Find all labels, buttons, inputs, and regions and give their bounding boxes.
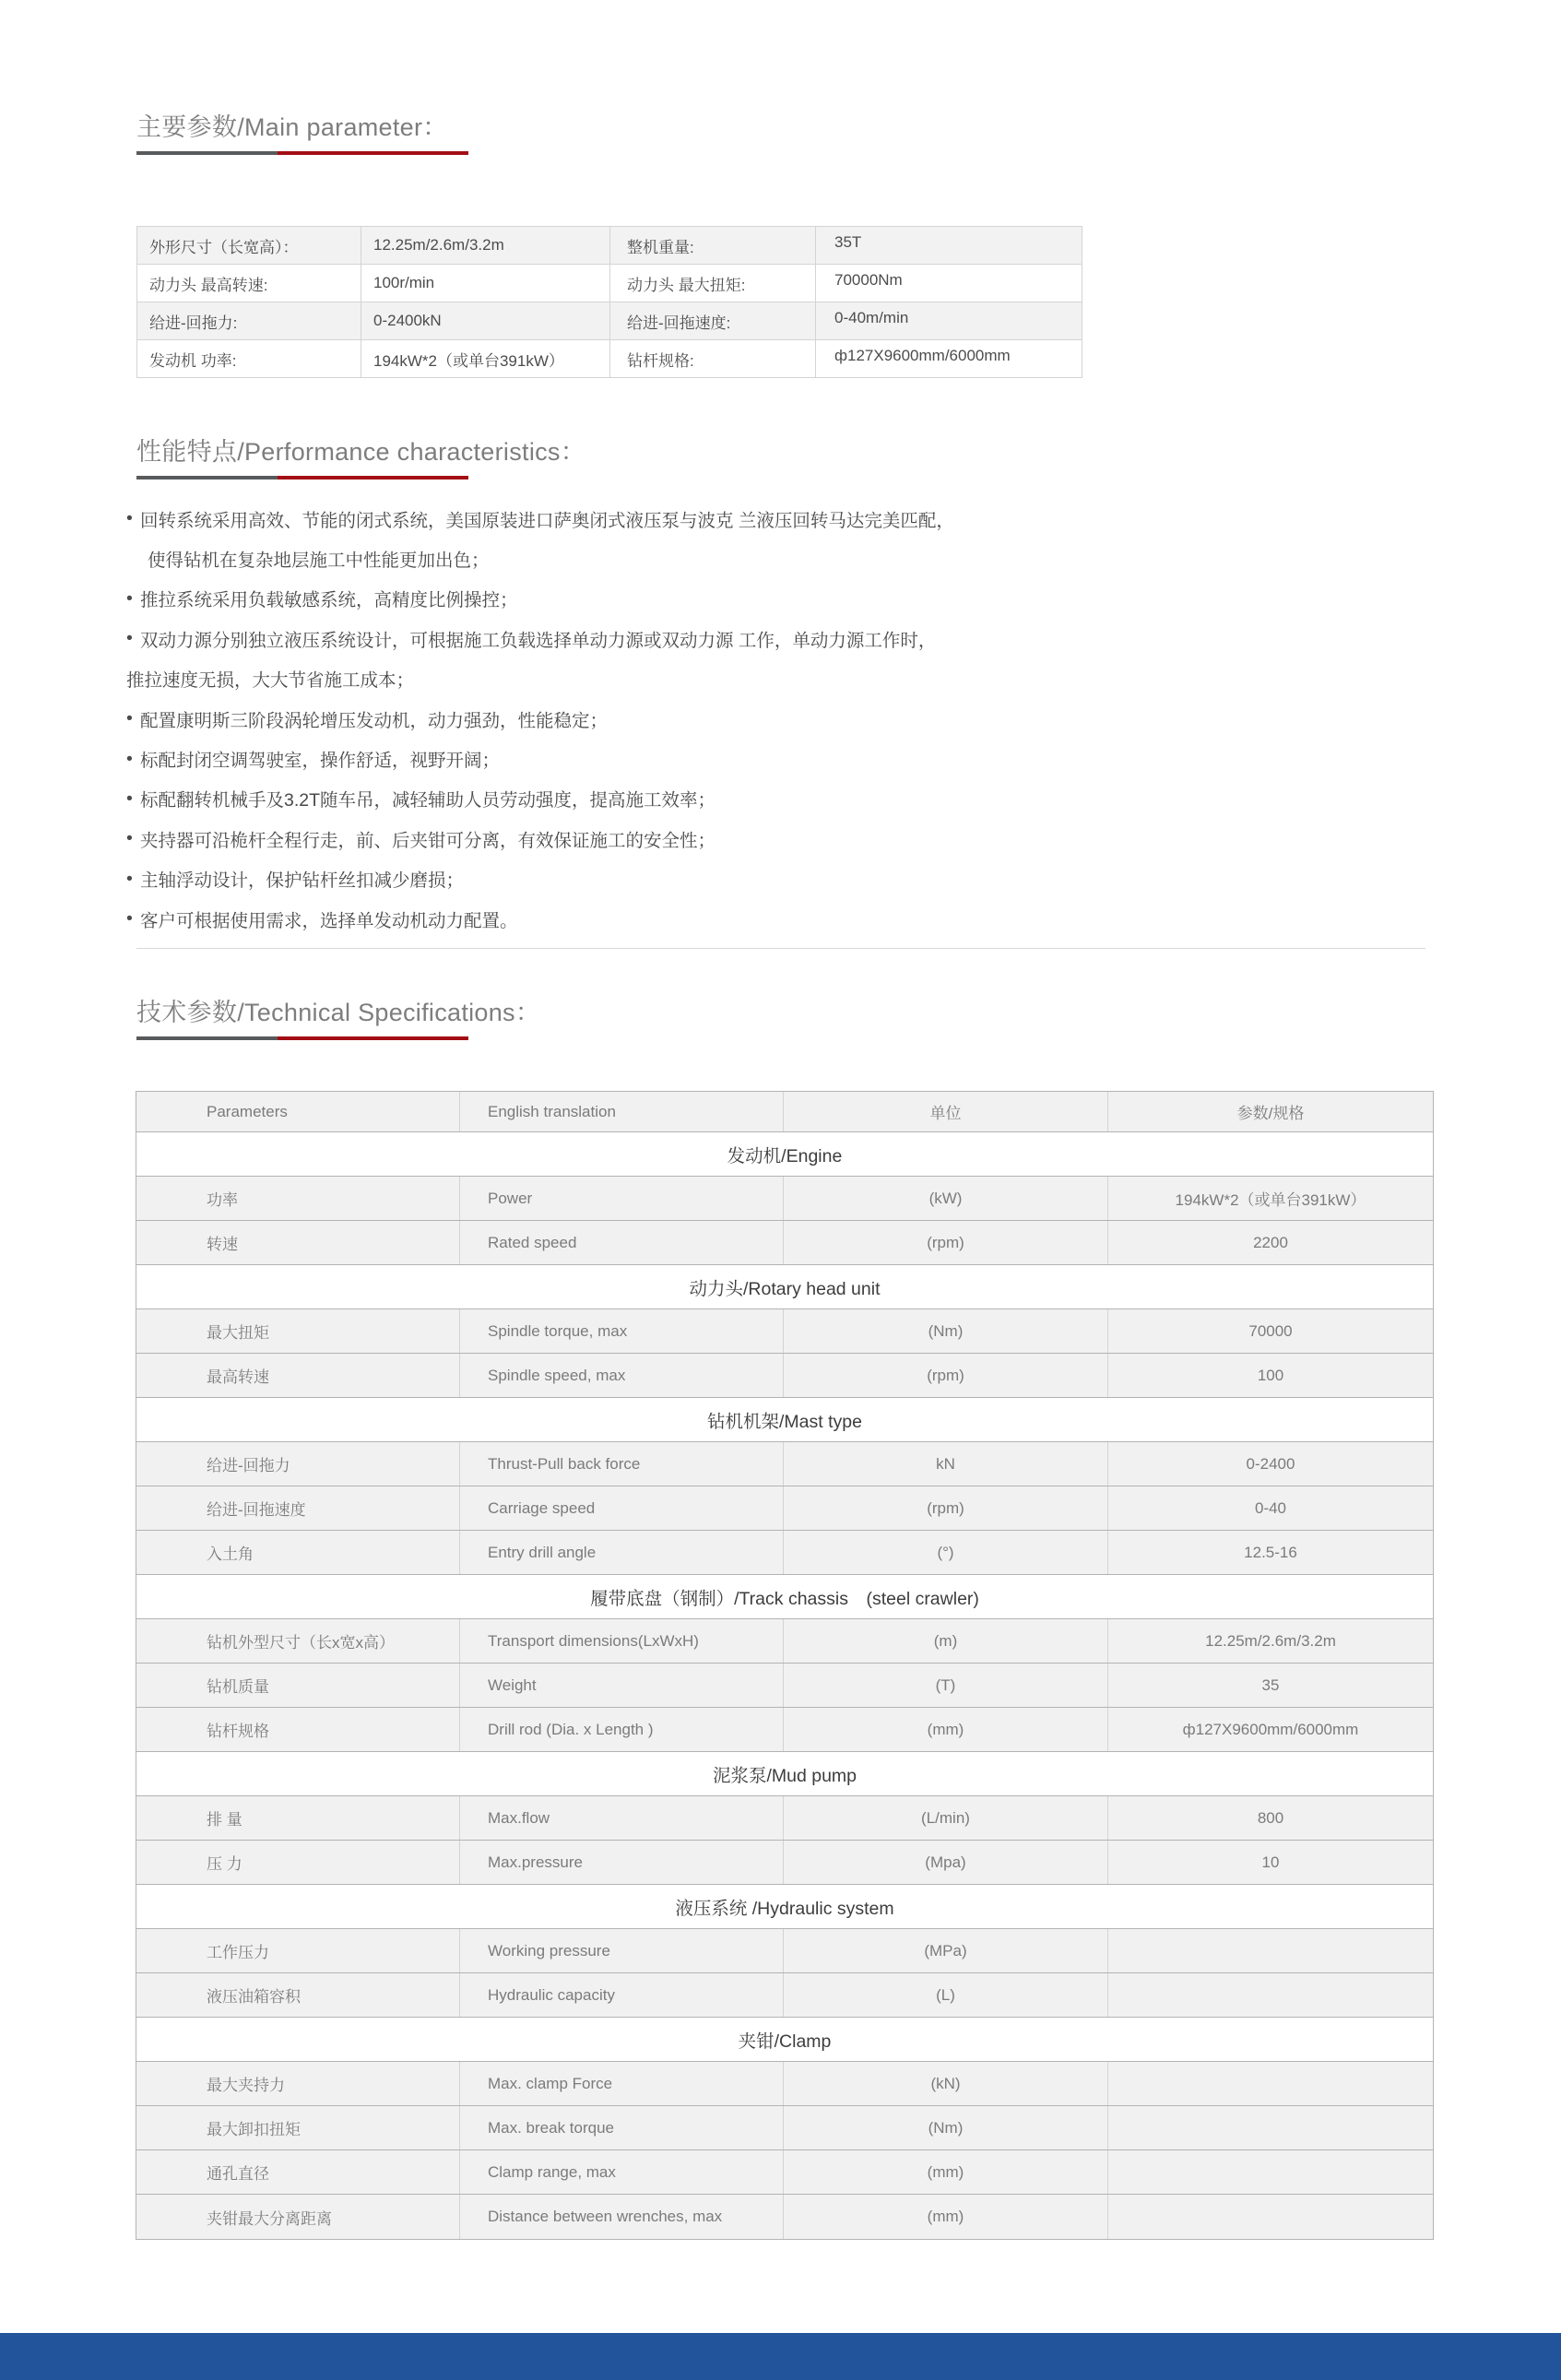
main-parameter-heading-text: 主要参数/Main parameter： xyxy=(136,107,468,143)
spec-value-cell: 35 xyxy=(1108,1664,1433,1707)
technical-specs-table: ParametersEnglish translation单位参数/规格 发动机… xyxy=(136,1091,1434,2240)
spec-unit-cell: (T) xyxy=(784,1664,1108,1707)
spec-value-cell: 0-40 xyxy=(1108,1486,1433,1530)
spec-value-cell: 2200 xyxy=(1108,1221,1433,1264)
spec-translation-cell: Hydraulic capacity xyxy=(460,1973,784,2017)
spec-row: 给进-回拖速度Carriage speed(rpm)0-40 xyxy=(136,1486,1433,1531)
spec-name-cell: 入土角 xyxy=(136,1531,460,1574)
header-cell: 参数/规格 xyxy=(1108,1092,1433,1131)
spec-unit-cell: (mm) xyxy=(784,2195,1108,2239)
spec-unit-cell: (kN) xyxy=(784,2062,1108,2105)
spec-row: 最大夹持力Max. clamp Force(kN) xyxy=(136,2062,1433,2106)
section-header-row: 夹钳/Clamp xyxy=(136,2018,1433,2062)
spec-value-cell xyxy=(1108,2106,1433,2149)
spec-row: 钻杆规格Drill rod (Dia. x Length )(mm)ф127X9… xyxy=(136,1708,1433,1752)
bullet-line: •回转系统采用高效、节能的闭式系统，美国原装进口萨奥闭式液压泵与波克 兰液压回转… xyxy=(126,499,1214,539)
spec-document-page: 主要参数/Main parameter： 外形尺寸（长宽高）：12.25m/2.… xyxy=(0,0,1561,2380)
spec-translation-cell: Rated speed xyxy=(460,1221,784,1264)
section-header-label: 液压系统 /Hydraulic system xyxy=(675,1894,893,1920)
bullet-text: 标配翻转机械手及3.2T随车吊，减轻辅助人员劳动强度，提高施工效率； xyxy=(140,786,715,811)
param-value: 194kW*2（或单台391kW） xyxy=(361,340,610,378)
spec-unit-cell: (rpm) xyxy=(784,1221,1108,1264)
spec-translation-cell: Spindle torque, max xyxy=(460,1309,784,1353)
section-header-label: 泥浆泵/Mud pump xyxy=(713,1761,857,1787)
spec-translation-cell: Spindle speed, max xyxy=(460,1354,784,1397)
param-label: 外形尺寸（长宽高）： xyxy=(137,227,361,265)
bullet-text: 标配封闭空调驾驶室，操作舒适，视野开阔； xyxy=(140,746,500,772)
bullet-text: 推拉系统采用负载敏感系统，高精度比例操控； xyxy=(140,586,518,611)
param-label: 给进-回拖速度: xyxy=(610,302,816,340)
spec-name-cell: 钻机外型尺寸（长x宽x高） xyxy=(136,1619,460,1663)
spec-name-cell: 最大扭矩 xyxy=(136,1309,460,1353)
spec-unit-cell: (°) xyxy=(784,1531,1108,1574)
section-divider xyxy=(136,948,1425,949)
technical-specs-heading: 技术参数/Technical Specifications： xyxy=(136,992,540,1040)
spec-name-cell: 最高转速 xyxy=(136,1354,460,1397)
performance-heading: 性能特点/Performance characteristics： xyxy=(136,432,585,480)
spec-translation-cell: Max. clamp Force xyxy=(460,2062,784,2105)
heading-underline xyxy=(136,476,468,480)
spec-row: 排 量Max.flow(L/min)800 xyxy=(136,1796,1433,1841)
bullet-line: 使得钻机在复杂地层施工中性能更加出色； xyxy=(126,539,1214,578)
spec-translation-cell: Thrust-Pull back force xyxy=(460,1442,784,1486)
spec-row: 钻机质量Weight(T)35 xyxy=(136,1664,1433,1708)
technical-specs-heading-text: 技术参数/Technical Specifications： xyxy=(136,992,540,1028)
spec-name-cell: 钻机质量 xyxy=(136,1664,460,1707)
spec-row: 液压油箱容积Hydraulic capacity(L) xyxy=(136,1973,1433,2018)
spec-row: 最大卸扣扭矩Max. break torque(Nm) xyxy=(136,2106,1433,2150)
param-value: ф127X9600mm/6000mm xyxy=(816,340,1082,378)
spec-row: 夹钳最大分离距离Distance between wrenches, max(m… xyxy=(136,2195,1433,2239)
main-table-row: 动力头 最高转速:100r/min动力头 最大扭矩:70000Nm xyxy=(137,265,1082,302)
bullet-text: 回转系统采用高效、节能的闭式系统，美国原装进口萨奥闭式液压泵与波克 兰液压回转马… xyxy=(140,506,954,532)
param-label: 给进-回拖力: xyxy=(137,302,361,340)
spec-name-cell: 给进-回拖速度 xyxy=(136,1486,460,1530)
param-label: 钻杆规格: xyxy=(610,340,816,378)
spec-value-cell xyxy=(1108,2195,1433,2239)
spec-value-cell: 194kW*2（或单台391kW） xyxy=(1108,1177,1433,1220)
spec-value-cell: 0-2400 xyxy=(1108,1442,1433,1486)
spec-value-cell: 10 xyxy=(1108,1841,1433,1884)
param-value: 70000Nm xyxy=(816,265,1082,302)
section-header-row: 泥浆泵/Mud pump xyxy=(136,1752,1433,1796)
bullet-dot-icon: • xyxy=(126,749,140,770)
bullet-line: •夹持器可沿桅杆全程行走，前、后夹钳可分离，有效保证施工的安全性； xyxy=(126,819,1214,858)
bullet-dot-icon: • xyxy=(126,588,140,610)
param-label: 整机重量: xyxy=(610,227,816,265)
section-header-row: 履带底盘（钢制）/Track chassis (steel crawler) xyxy=(136,1575,1433,1619)
main-parameter-heading: 主要参数/Main parameter： xyxy=(136,107,468,155)
spec-translation-cell: Working pressure xyxy=(460,1929,784,1972)
spec-unit-cell: (Nm) xyxy=(784,1309,1108,1353)
bullet-dot-icon: • xyxy=(126,908,140,930)
main-parameter-table: 外形尺寸（长宽高）：12.25m/2.6m/3.2m整机重量:35T动力头 最高… xyxy=(136,226,1082,378)
spec-value-cell xyxy=(1108,2062,1433,2105)
bullet-line: •双动力源分别独立液压系统设计，可根据施工负载选择单动力源或双动力源 工作，单动… xyxy=(126,619,1214,658)
spec-value-cell: 70000 xyxy=(1108,1309,1433,1353)
bullet-line: •推拉系统采用负载敏感系统，高精度比例操控； xyxy=(126,579,1214,619)
param-value: 0-2400kN xyxy=(361,302,610,340)
heading-underline xyxy=(136,151,468,155)
bullet-line: •标配封闭空调驾驶室，操作舒适，视野开阔； xyxy=(126,739,1214,778)
underline-gray-segment xyxy=(136,1036,278,1040)
spec-translation-cell: Weight xyxy=(460,1664,784,1707)
bullet-text: 夹持器可沿桅杆全程行走，前、后夹钳可分离，有效保证施工的安全性； xyxy=(140,826,715,852)
spec-translation-cell: Max.pressure xyxy=(460,1841,784,1884)
spec-row: 钻机外型尺寸（长x宽x高）Transport dimensions(LxWxH)… xyxy=(136,1619,1433,1664)
main-table-row: 外形尺寸（长宽高）：12.25m/2.6m/3.2m整机重量:35T xyxy=(137,227,1082,265)
bullet-text: 主轴浮动设计，保护钻杆丝扣减少磨损； xyxy=(140,866,464,892)
spec-translation-cell: Max. break torque xyxy=(460,2106,784,2149)
spec-value-cell xyxy=(1108,1973,1433,2017)
section-header-label: 钻机机架/Mast type xyxy=(707,1407,862,1433)
underline-gray-segment xyxy=(136,151,278,155)
spec-value-cell: 12.5-16 xyxy=(1108,1531,1433,1574)
underline-gray-segment xyxy=(136,476,278,480)
spec-name-cell: 压 力 xyxy=(136,1841,460,1884)
spec-name-cell: 转速 xyxy=(136,1221,460,1264)
spec-name-cell: 最大卸扣扭矩 xyxy=(136,2106,460,2149)
spec-name-cell: 最大夹持力 xyxy=(136,2062,460,2105)
spec-name-cell: 排 量 xyxy=(136,1796,460,1840)
spec-translation-cell: Drill rod (Dia. x Length ) xyxy=(460,1708,784,1751)
spec-translation-cell: Entry drill angle xyxy=(460,1531,784,1574)
section-header-row: 动力头/Rotary head unit xyxy=(136,1265,1433,1309)
underline-red-segment xyxy=(278,151,468,155)
main-table-row: 给进-回拖力:0-2400kN给进-回拖速度:0-40m/min xyxy=(137,302,1082,340)
spec-name-cell: 钻杆规格 xyxy=(136,1708,460,1751)
main-table-row: 发动机 功率:194kW*2（或单台391kW）钻杆规格:ф127X9600mm… xyxy=(137,340,1082,378)
heading-underline xyxy=(136,1036,468,1040)
bullet-text: 使得钻机在复杂地层施工中性能更加出色； xyxy=(148,546,490,572)
bullet-line: •客户可根据使用需求，选择单发动机动力配置。 xyxy=(126,899,1214,939)
spec-unit-cell: (Nm) xyxy=(784,2106,1108,2149)
bullet-line: •标配翻转机械手及3.2T随车吊，减轻辅助人员劳动强度，提高施工效率； xyxy=(126,779,1214,819)
bullet-dot-icon: • xyxy=(126,628,140,649)
spec-row: 最大扭矩Spindle torque, max(Nm)70000 xyxy=(136,1309,1433,1354)
spec-translation-cell: Clamp range, max xyxy=(460,2150,784,2194)
spec-row: 转速Rated speed(rpm)2200 xyxy=(136,1221,1433,1265)
underline-red-segment xyxy=(278,1036,468,1040)
spec-translation-cell: Transport dimensions(LxWxH) xyxy=(460,1619,784,1663)
spec-translation-cell: Power xyxy=(460,1177,784,1220)
bullet-dot-icon: • xyxy=(126,869,140,890)
bullet-text: 客户可根据使用需求，选择单发动机动力配置。 xyxy=(140,906,518,932)
section-header-label: 夹钳/Clamp xyxy=(739,2027,832,2053)
param-label: 动力头 最大扭矩: xyxy=(610,265,816,302)
section-header-label: 发动机/Engine xyxy=(727,1142,843,1167)
spec-unit-cell: (rpm) xyxy=(784,1354,1108,1397)
footer-bar xyxy=(0,2333,1561,2380)
bullet-text: 推拉速度无损，大大节省施工成本； xyxy=(126,666,414,692)
bullet-text: 配置康明斯三阶段涡轮增压发动机，动力强劲，性能稳定； xyxy=(140,706,608,732)
spec-unit-cell: (rpm) xyxy=(784,1486,1108,1530)
bullet-line: 推拉速度无损，大大节省施工成本； xyxy=(126,659,1214,699)
table-header-row: ParametersEnglish translation单位参数/规格 xyxy=(136,1092,1433,1132)
performance-bullet-list: •回转系统采用高效、节能的闭式系统，美国原装进口萨奥闭式液压泵与波克 兰液压回转… xyxy=(126,499,1214,939)
spec-translation-cell: Carriage speed xyxy=(460,1486,784,1530)
header-cell: English translation xyxy=(460,1092,784,1131)
header-cell: Parameters xyxy=(136,1092,460,1131)
section-header-label: 履带底盘（钢制）/Track chassis (steel crawler) xyxy=(590,1584,979,1610)
spec-unit-cell: (L) xyxy=(784,1973,1108,2017)
spec-unit-cell: (L/min) xyxy=(784,1796,1108,1840)
spec-name-cell: 功率 xyxy=(136,1177,460,1220)
spec-unit-cell: kN xyxy=(784,1442,1108,1486)
performance-heading-text: 性能特点/Performance characteristics： xyxy=(136,432,585,468)
spec-unit-cell: (Mpa) xyxy=(784,1841,1108,1884)
bullet-dot-icon: • xyxy=(126,828,140,849)
spec-translation-cell: Max.flow xyxy=(460,1796,784,1840)
bullet-line: •配置康明斯三阶段涡轮增压发动机，动力强劲，性能稳定； xyxy=(126,699,1214,739)
section-header-row: 液压系统 /Hydraulic system xyxy=(136,1885,1433,1929)
section-header-row: 钻机机架/Mast type xyxy=(136,1398,1433,1442)
spec-row: 最高转速Spindle speed, max(rpm)100 xyxy=(136,1354,1433,1398)
param-label: 动力头 最高转速: xyxy=(137,265,361,302)
param-value: 100r/min xyxy=(361,265,610,302)
bullet-dot-icon: • xyxy=(126,508,140,529)
spec-name-cell: 给进-回拖力 xyxy=(136,1442,460,1486)
spec-value-cell: 800 xyxy=(1108,1796,1433,1840)
bullet-dot-icon: • xyxy=(126,708,140,729)
param-value: 35T xyxy=(816,227,1082,265)
spec-row: 入土角Entry drill angle(°)12.5-16 xyxy=(136,1531,1433,1575)
spec-unit-cell: (mm) xyxy=(784,1708,1108,1751)
spec-value-cell: 12.25m/2.6m/3.2m xyxy=(1108,1619,1433,1663)
spec-name-cell: 夹钳最大分离距离 xyxy=(136,2195,460,2239)
underline-red-segment xyxy=(278,476,468,480)
param-value: 12.25m/2.6m/3.2m xyxy=(361,227,610,265)
spec-row: 工作压力Working pressure(MPa) xyxy=(136,1929,1433,1973)
spec-row: 通孔直径Clamp range, max(mm) xyxy=(136,2150,1433,2195)
spec-unit-cell: (mm) xyxy=(784,2150,1108,2194)
spec-name-cell: 通孔直径 xyxy=(136,2150,460,2194)
param-value: 0-40m/min xyxy=(816,302,1082,340)
bullet-text: 双动力源分别独立液压系统设计，可根据施工负载选择单动力源或双动力源 工作，单动力… xyxy=(140,626,936,652)
spec-value-cell xyxy=(1108,1929,1433,1972)
spec-unit-cell: (m) xyxy=(784,1619,1108,1663)
header-cell: 单位 xyxy=(784,1092,1108,1131)
spec-unit-cell: (MPa) xyxy=(784,1929,1108,1972)
bullet-dot-icon: • xyxy=(126,788,140,810)
spec-value-cell: 100 xyxy=(1108,1354,1433,1397)
section-header-row: 发动机/Engine xyxy=(136,1132,1433,1177)
spec-name-cell: 液压油箱容积 xyxy=(136,1973,460,2017)
spec-unit-cell: (kW) xyxy=(784,1177,1108,1220)
spec-value-cell xyxy=(1108,2150,1433,2194)
spec-row: 给进-回拖力Thrust-Pull back forcekN0-2400 xyxy=(136,1442,1433,1486)
spec-translation-cell: Distance between wrenches, max xyxy=(460,2195,784,2239)
param-label: 发动机 功率: xyxy=(137,340,361,378)
bullet-line: •主轴浮动设计，保护钻杆丝扣减少磨损； xyxy=(126,859,1214,899)
spec-name-cell: 工作压力 xyxy=(136,1929,460,1972)
spec-row: 功率Power(kW)194kW*2（或单台391kW） xyxy=(136,1177,1433,1221)
spec-value-cell: ф127X9600mm/6000mm xyxy=(1108,1708,1433,1751)
spec-row: 压 力Max.pressure(Mpa)10 xyxy=(136,1841,1433,1885)
section-header-label: 动力头/Rotary head unit xyxy=(689,1274,880,1300)
